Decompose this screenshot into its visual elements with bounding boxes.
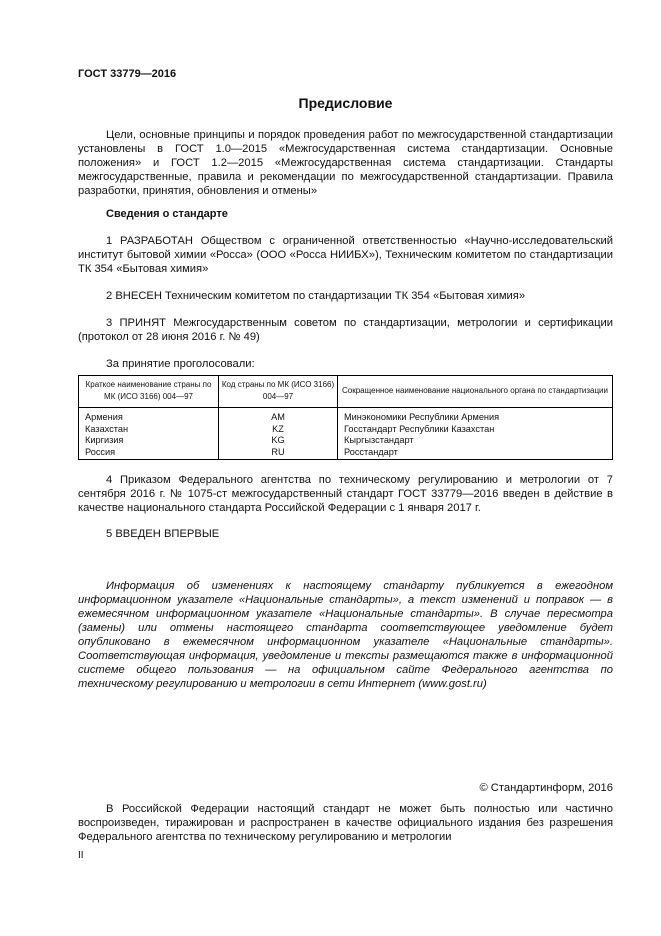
body-cell: Госстандарт Республики Казахстан: [338, 424, 613, 436]
item-first-introduced: 5 ВВЕДЕН ВПЕРВЫЕ: [78, 527, 613, 541]
item-adopted: 3 ПРИНЯТ Межгосударственным советом по с…: [78, 316, 613, 344]
country-cell: Киргизия: [79, 435, 219, 447]
document-id: ГОСТ 33779—2016: [78, 68, 176, 80]
header-body: Сокращенное наименование национального о…: [338, 376, 613, 408]
header-country: Краткое наименование страны по МК (ИСО 3…: [79, 376, 219, 408]
code-cell: RU: [219, 447, 338, 460]
item-submitted: 2 ВНЕСЕН Техническим комитетом по станда…: [78, 289, 613, 303]
change-notice: Информация об изменениях к настоящему ст…: [78, 579, 613, 691]
country-cell: Армения: [79, 408, 219, 424]
country-cell: Казахстан: [79, 424, 219, 436]
page-title: Предисловие: [0, 95, 661, 111]
rights-notice: В Российской Федерации настоящий стандар…: [78, 802, 613, 844]
item-developed: 1 РАЗРАБОТАН Обществом с ограниченной от…: [78, 234, 613, 276]
item-enacted: 4 Приказом Федерального агентства по тех…: [78, 473, 613, 515]
intro-paragraph: Цели, основные принципы и порядок провед…: [78, 128, 613, 198]
info-heading: Сведения о стандарте: [106, 208, 228, 220]
country-cell: Россия: [79, 447, 219, 460]
page-number: II: [78, 850, 84, 861]
code-cell: KG: [219, 435, 338, 447]
voted-label: За принятие проголосовали:: [78, 357, 613, 371]
voting-table: Краткое наименование страны по МК (ИСО 3…: [78, 375, 613, 460]
table-row: Россия RU Росстандарт: [79, 447, 613, 460]
code-cell: KZ: [219, 424, 338, 436]
table-row: Киргизия KG Кыргызстандарт: [79, 435, 613, 447]
body-cell: Кыргызстандарт: [338, 435, 613, 447]
body-cell: Росстандарт: [338, 447, 613, 460]
table-row: Казахстан KZ Госстандарт Республики Каза…: [79, 424, 613, 436]
document-page: ГОСТ 33779—2016 Предисловие Цели, основн…: [0, 0, 661, 936]
copyright: © Стандартинформ, 2016: [479, 782, 613, 794]
table-row: Армения AM Минэкономики Республики Армен…: [79, 408, 613, 424]
code-cell: AM: [219, 408, 338, 424]
header-code: Код страны по МК (ИСО 3166) 004—97: [219, 376, 338, 408]
body-cell: Минэкономики Республики Армения: [338, 408, 613, 424]
table-header-row: Краткое наименование страны по МК (ИСО 3…: [79, 376, 613, 408]
